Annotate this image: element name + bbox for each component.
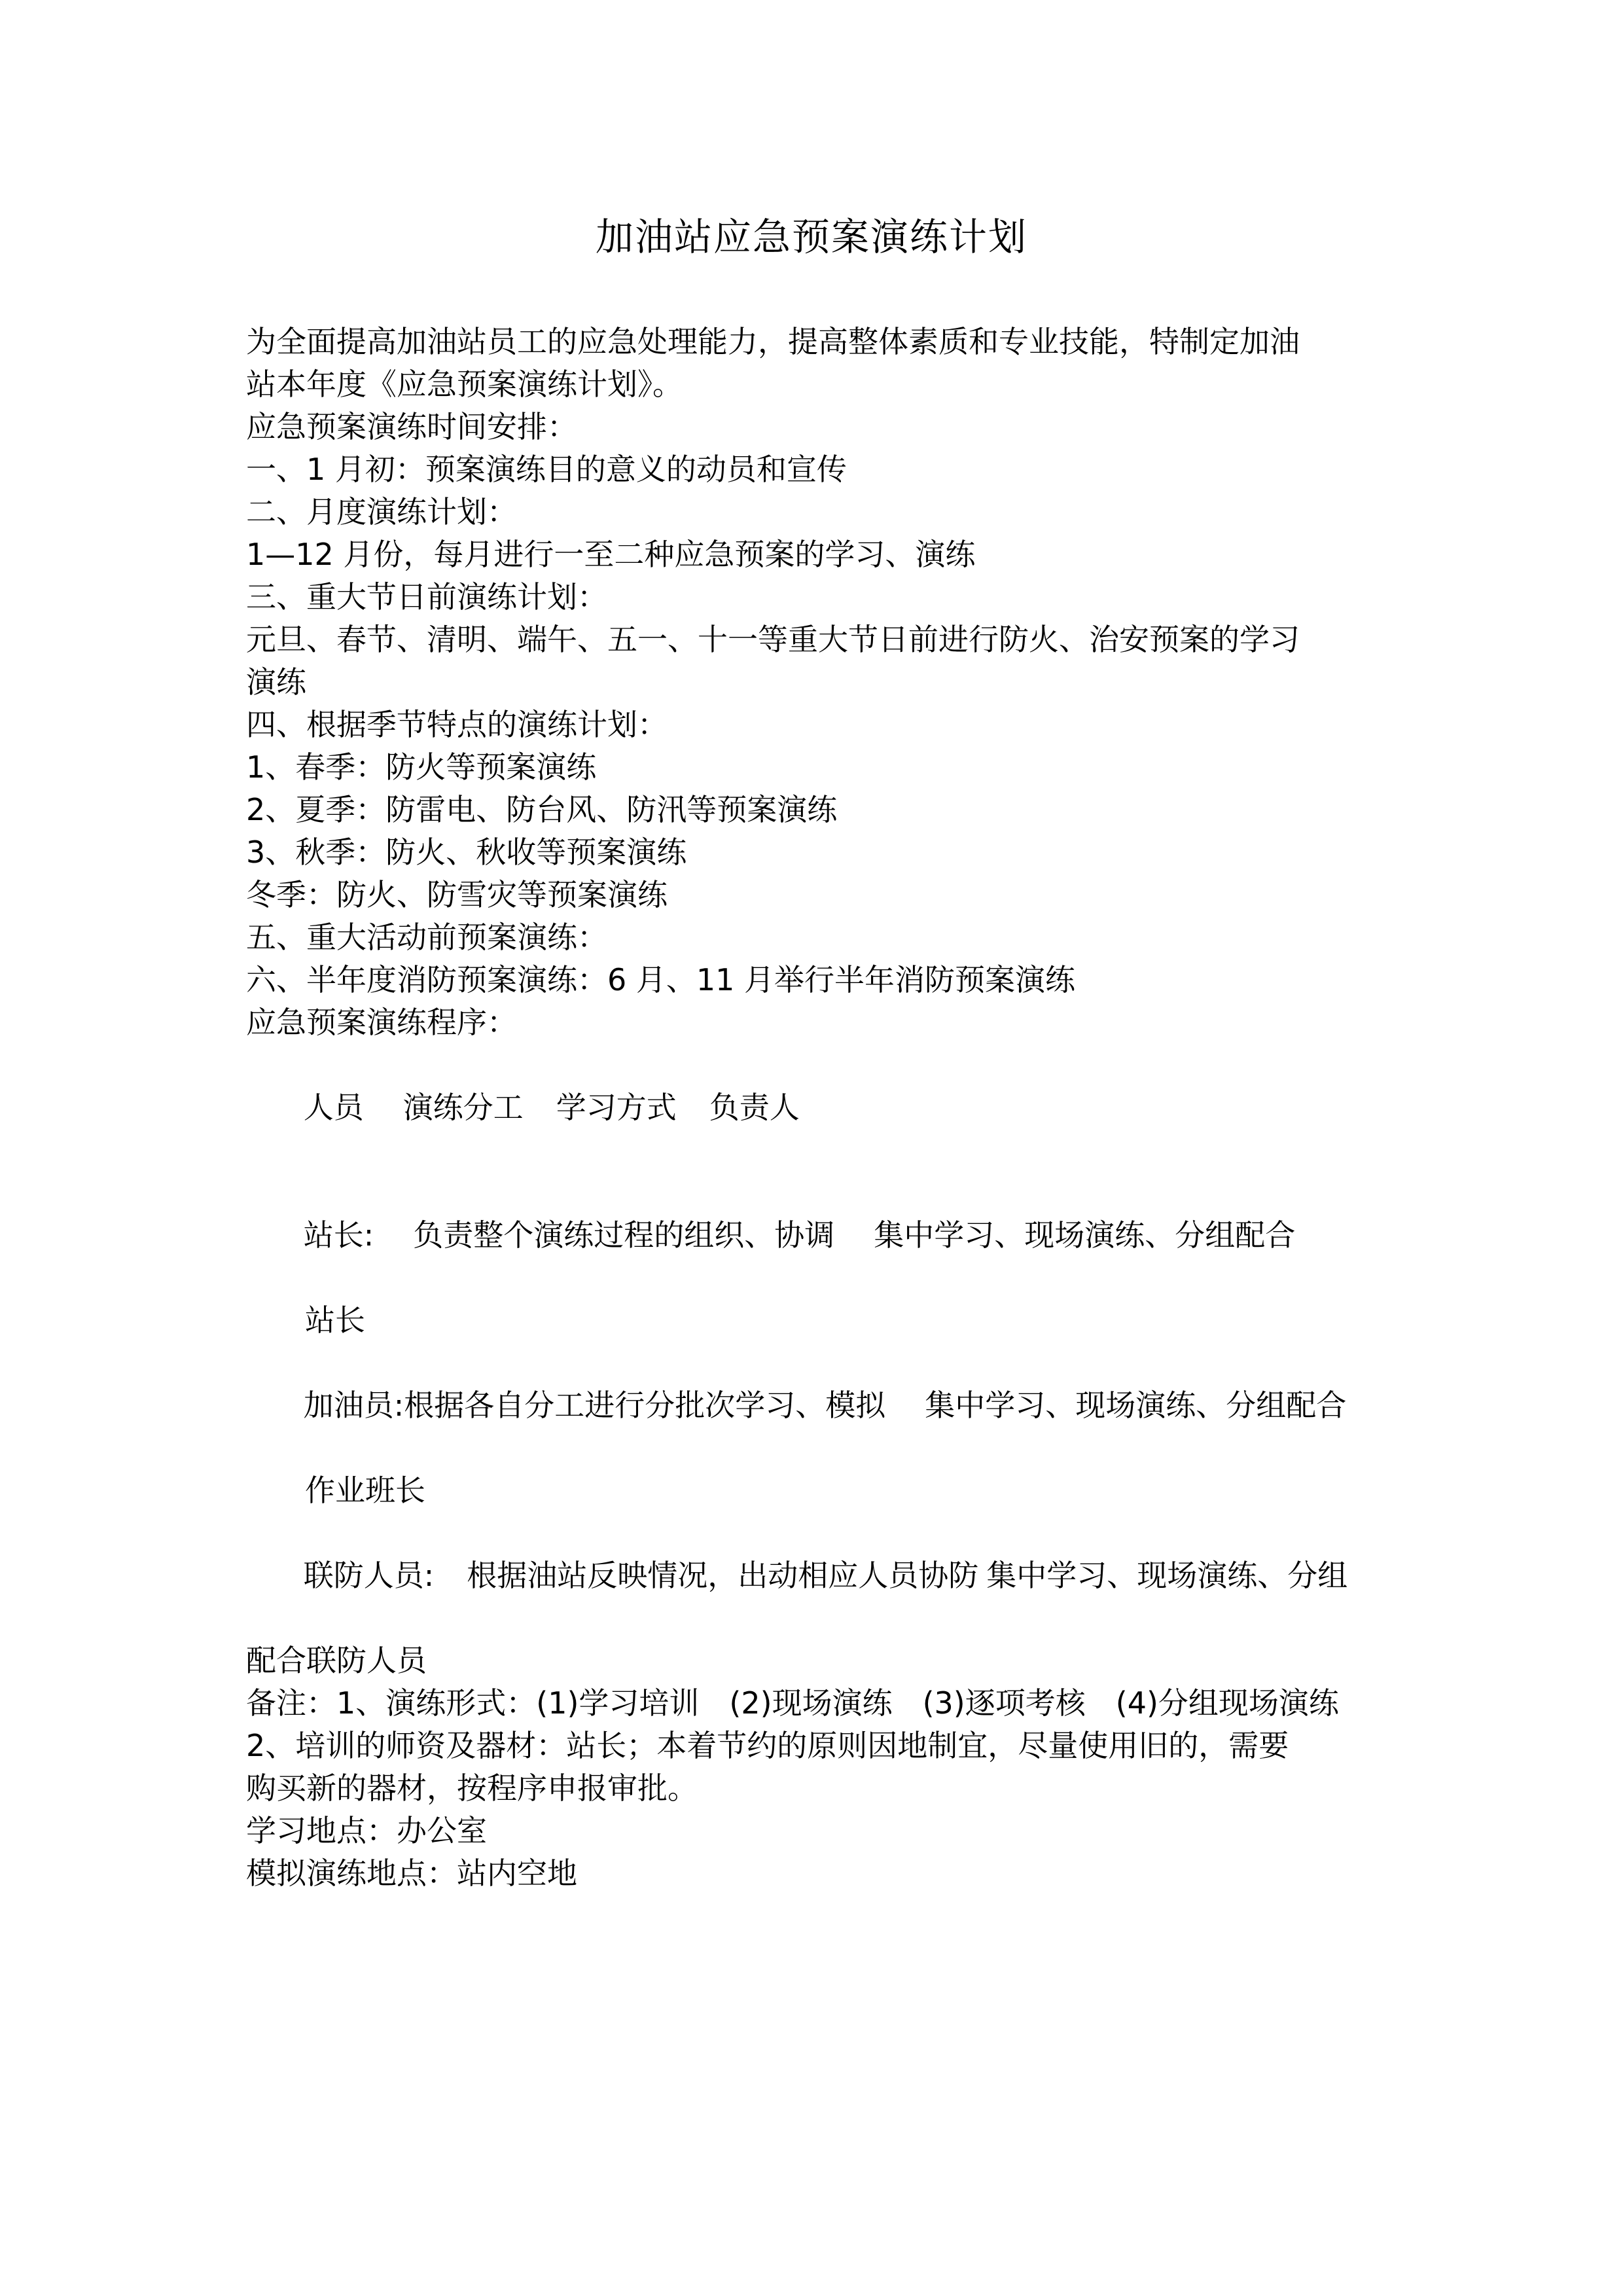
row-method: 集中学习、现场演练、分组 [986, 1554, 1347, 1597]
season-spring: 1、春季：防火等预案演练 [246, 746, 1398, 789]
section-3-body-line-2: 演练 [246, 661, 1398, 704]
season-autumn: 3、秋季：防火、秋收等预案演练 [246, 831, 1398, 874]
row-method: 集中学习、现场演练、分组配合 [874, 1214, 1295, 1257]
row-lead: 站长 [246, 1299, 1398, 1342]
season-winter: 冬季：防火、防雪灾等预案演练 [246, 874, 1398, 916]
study-location: 学习地点：办公室 [246, 1810, 1398, 1852]
section-3-heading: 三、重大节日前演练计划： [246, 576, 1398, 619]
section-4-heading: 四、根据季节特点的演练计划： [246, 704, 1398, 746]
section-2-heading: 二、月度演练计划： [246, 491, 1398, 533]
document-body: 为全面提高加油站员工的应急处理能力，提高整体素质和专业技能，特制定加油 站本年度… [246, 321, 1398, 1895]
row-method: 集中学习、现场演练、分组配合 [925, 1384, 1346, 1427]
notes-line-2: 2、培训的师资及器材：站长；本着节约的原则因地制宜，尽量使用旧的，需要 [246, 1725, 1398, 1767]
procedure-table-header: 人员演练分工学习方式负责人 [246, 1044, 1398, 1172]
section-1: 一、1 月初：预案演练目的意义的动员和宣传 [246, 448, 1398, 491]
document-page: 加油站应急预案演练计划 为全面提高加油站员工的应急处理能力，提高整体素质和专业技… [0, 0, 1623, 2296]
intro-line-2: 站本年度《应急预案演练计划》。 [246, 363, 1398, 406]
section-3-body-line-1: 元旦、春节、清明、端午、五一、十一等重大节日前进行防火、治安预案的学习 [246, 619, 1398, 661]
row-person: 联防人员: [304, 1554, 435, 1597]
header-duty: 演练分工 [403, 1086, 524, 1129]
document-title: 加油站应急预案演练计划 [0, 211, 1623, 263]
schedule-heading: 应急预案演练时间安排： [246, 406, 1398, 448]
header-person: 人员 [304, 1086, 364, 1129]
row-method-cont-and-lead: 配合联防人员 [246, 1640, 1398, 1682]
procedure-row-fuel-attendant: 加油员:根据各自分工进行分批次学习、模拟集中学习、现场演练、分组配合 [246, 1342, 1398, 1469]
season-summer: 2、夏季：防雷电、防台风、防汛等预案演练 [246, 789, 1398, 831]
section-2-body: 1—12 月份，每月进行一至二种应急预案的学习、演练 [246, 533, 1398, 576]
row-person: 站长: [304, 1214, 374, 1257]
notes-line-1: 备注：1、演练形式：(1)学习培训 (2)现场演练 (3)逐项考核 (4)分组现… [246, 1682, 1398, 1725]
header-method: 学习方式 [556, 1086, 677, 1129]
procedure-row-station-manager: 站长:负责整个演练过程的组织、协调集中学习、现场演练、分组配合 [246, 1172, 1398, 1299]
row-lead: 作业班长 [246, 1469, 1398, 1512]
row-method-cont: 配合 [246, 1643, 306, 1678]
section-5: 五、重大活动前预案演练： [246, 916, 1398, 959]
intro-line-1: 为全面提高加油站员工的应急处理能力，提高整体素质和专业技能，特制定加油 [246, 321, 1398, 363]
notes-line-3: 购买新的器材，按程序申报审批。 [246, 1767, 1398, 1810]
header-lead: 负责人 [709, 1086, 800, 1129]
row-duty: 根据油站反映情况，出动相应人员协防 [467, 1554, 978, 1597]
row-lead: 联防人员 [306, 1643, 427, 1678]
procedure-heading: 应急预案演练程序： [246, 1001, 1398, 1044]
row-duty: 根据各自分工进行分批次学习、模拟 [404, 1384, 885, 1427]
drill-location: 模拟演练地点：站内空地 [246, 1852, 1398, 1895]
row-duty: 负责整个演练过程的组织、协调 [413, 1214, 834, 1257]
procedure-row-joint-defense: 联防人员:根据油站反映情况，出动相应人员协防集中学习、现场演练、分组 [246, 1512, 1398, 1640]
row-person: 加油员: [304, 1384, 404, 1427]
section-6: 六、半年度消防预案演练：6 月、11 月举行半年消防预案演练 [246, 959, 1398, 1001]
